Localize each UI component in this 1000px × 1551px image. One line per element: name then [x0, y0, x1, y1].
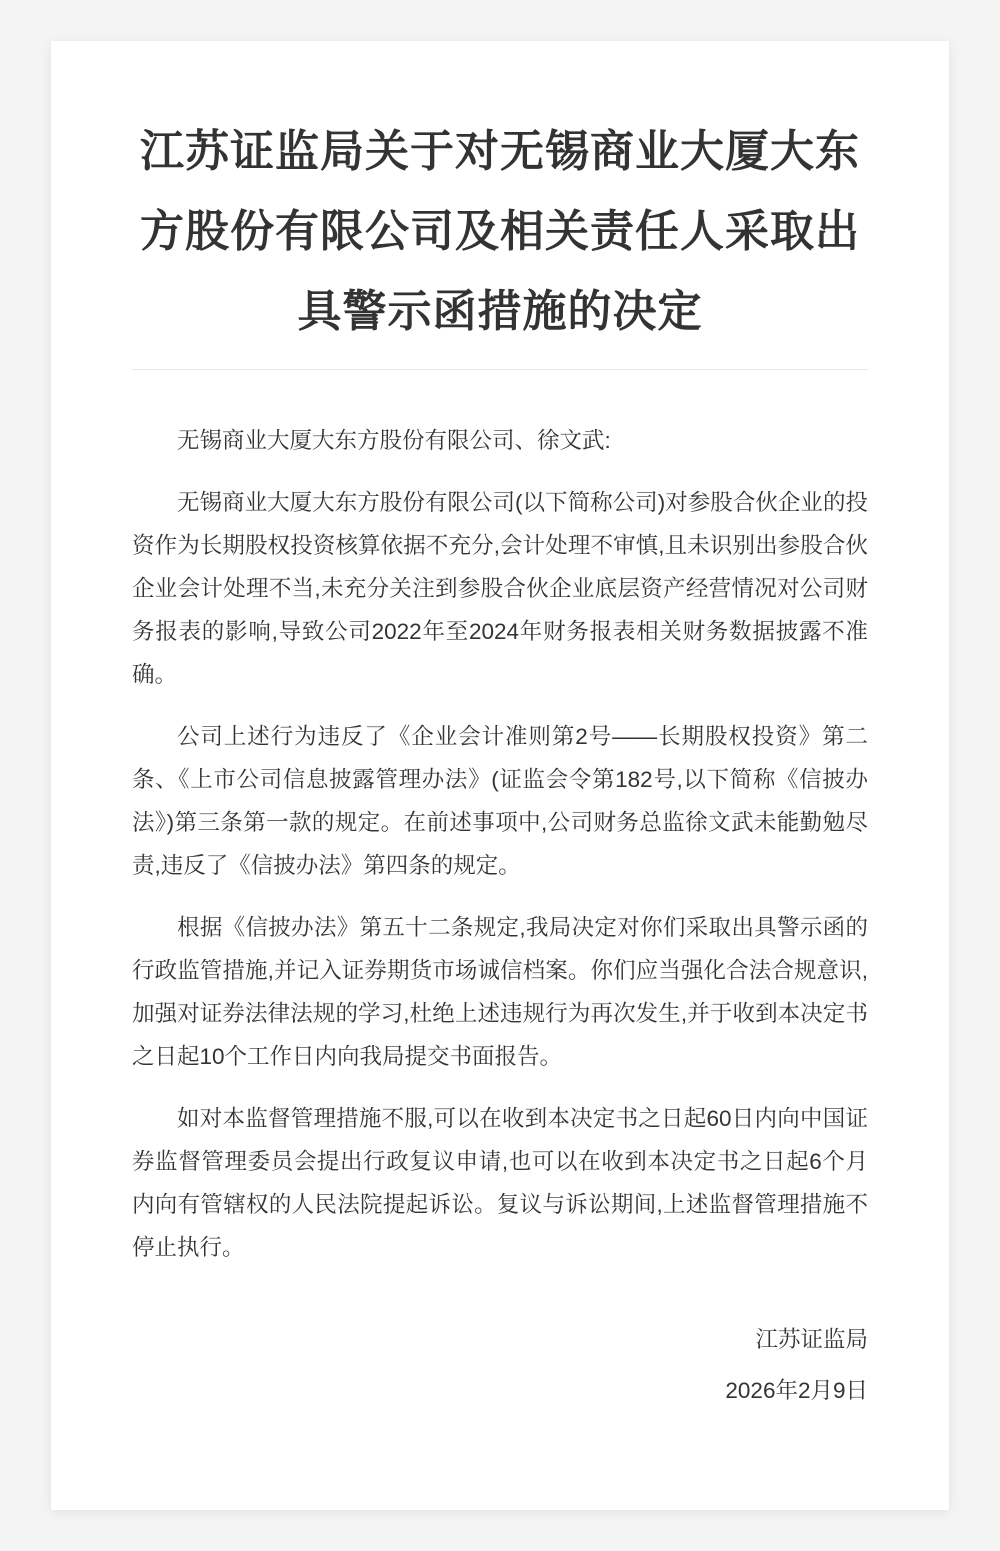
paragraph-violations: 公司上述行为违反了《企业会计准则第2号——长期股权投资》第二条、《上市公司信息披…: [132, 715, 868, 887]
document-card: 江苏证监局关于对无锡商业大厦大东方股份有限公司及相关责任人采取出具警示函措施的决…: [51, 41, 949, 1510]
addressee: 无锡商业大厦大东方股份有限公司、徐文武:: [132, 419, 868, 462]
title-divider: [132, 369, 868, 370]
document-title: 江苏证监局关于对无锡商业大厦大东方股份有限公司及相关责任人采取出具警示函措施的决…: [132, 112, 868, 352]
paragraph-appeal: 如对本监督管理措施不服,可以在收到本决定书之日起60日内向中国证券监督管理委员会…: [132, 1097, 868, 1269]
issue-date: 2026年2月9日: [132, 1369, 868, 1412]
paragraph-facts: 无锡商业大厦大东方股份有限公司(以下简称公司)对参股合伙企业的投资作为长期股权投…: [132, 481, 868, 696]
document-body: 无锡商业大厦大东方股份有限公司、徐文武: 无锡商业大厦大东方股份有限公司(以下简…: [132, 419, 868, 1269]
issuer-signature: 江苏证监局: [132, 1318, 868, 1361]
paragraph-decision: 根据《信披办法》第五十二条规定,我局决定对你们采取出具警示函的行政监管措施,并记…: [132, 906, 868, 1078]
